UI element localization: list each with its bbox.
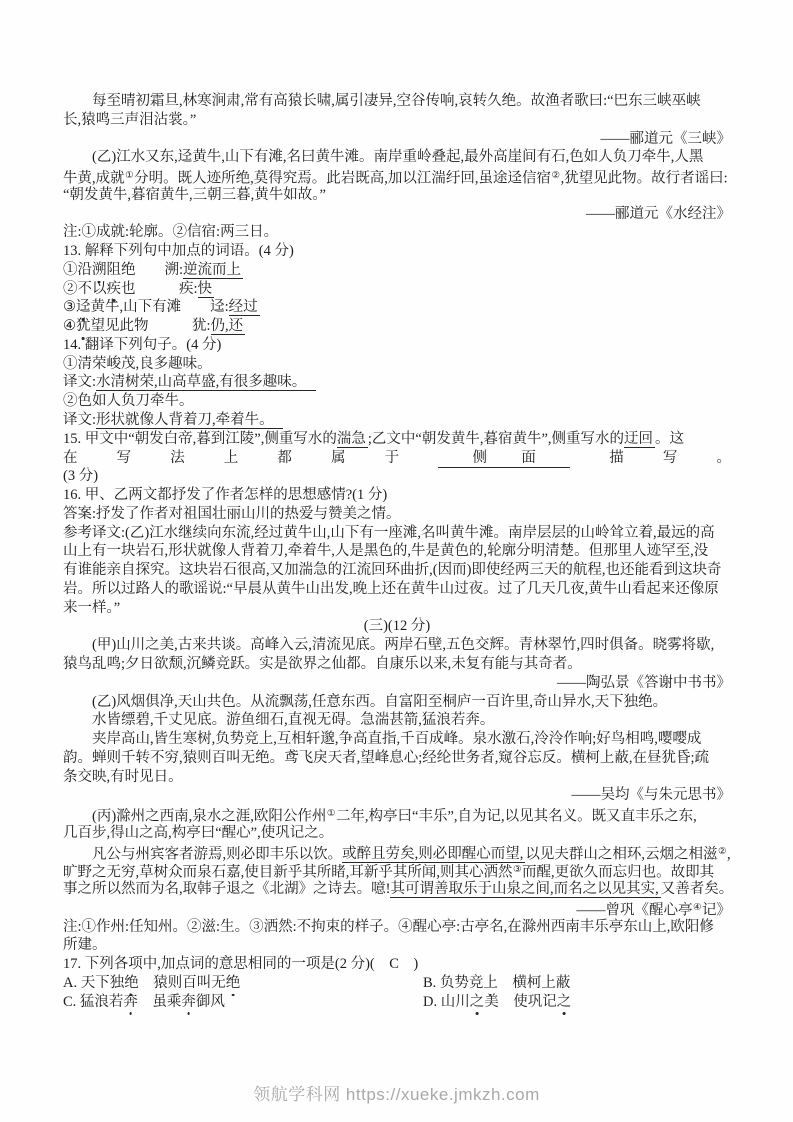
dotted-char: 上 (541, 974, 556, 993)
passage-shuijingzhu-line-1: (乙)江水又东,迳黄牛,山下有滩,名曰黄牛滩。南岸重岭叠起,最外高崖间有石,色如… (63, 148, 731, 167)
text-segment: 长,猿鸣三声泪沾裳。” (63, 112, 196, 128)
q17-options-ab: A. 天下独绝 猿则百叫无绝B. 负势竞上 横柯上蔽 (63, 974, 731, 993)
text-segment: 写 (663, 449, 678, 468)
underlined-text: 经过 (229, 299, 260, 316)
dotted-char: 之 (470, 993, 485, 1012)
text-segment: ——郦道元《水经注》 (586, 206, 731, 222)
text-segment: 几百步,得山之高,构亭曰“醒心”,使巩记之。 (63, 825, 333, 841)
text-segment: 牛黄,成就 (63, 171, 125, 187)
text-segment: ——郦道元《三峡》 (601, 131, 732, 147)
underlined-text: 水清树荣,山高草盛,有很多趣味。 (96, 374, 316, 391)
text-segment: (三)(12 分) (364, 618, 430, 634)
text-segment: ;乙文中“朝发黄牛,暮宿黄牛”,侧重写水的 (368, 431, 624, 447)
question-13-stem: 13. 解释下列句中加点的词语。(4 分) (63, 242, 731, 261)
text-segment: 岩。所以过路人的歌谣说:“早晨从黄牛山出发,晚上还在黄牛山过夜。过了几天几夜,黄… (63, 581, 719, 597)
exam-document-body: 每至晴初霜旦,林寒涧肃,常有高猿长啸,属引凄异,空谷传响,哀转久绝。故渔者歌曰:… (63, 92, 731, 1012)
text-segment: 于 (385, 449, 400, 468)
question-16-stem: 16. 甲、乙两文都抒发了作者怎样的思想感情?(1 分) (63, 486, 731, 505)
q13-item-4: ④犹望见此物 犹:仍,还 (63, 317, 731, 336)
dotted-char: 之 (557, 993, 572, 1012)
q14-sentence-2: ②色如人负刀牵牛。 (63, 392, 731, 411)
dotted-char: 疾 (107, 280, 122, 299)
passage-bing-line-3: 凡公与州宾客者游焉,则必即丰乐以饮。或醉且劳矣,则必即醒心而望,以见夫群山之相环… (63, 843, 731, 862)
notes-shuijingzhu: 注:①成就:轮廓。②信宿:两三日。 (63, 223, 731, 242)
text-segment: 虽乘 (138, 994, 182, 1010)
text-segment: 参考译文:(乙)江水继续向东流,经过黄牛山,山下有一座滩,名叫黄牛滩。南岸层层的… (63, 525, 715, 541)
note-superscript: ① (327, 809, 336, 819)
passage-sanxia-line-2: 长,猿鸣三声泪沾裳。” (63, 111, 731, 130)
question-15-score: (3 分) (63, 467, 731, 486)
question-14-stem: 14. 翻译下列句子。(4 分) (63, 336, 731, 355)
question-15-line-1: 15. 甲文中“朝发白帝,暮到江陵”,侧重写水的湍急;乙文中“朝发黄牛,暮宿黄牛… (63, 430, 731, 449)
text-segment: ,犹望见此物。故行者谣曰: (561, 171, 728, 187)
text-segment: 16. 甲、乙两文都抒发了作者怎样的思想感情?(1 分) (63, 487, 387, 503)
passage-jia-line-1: (甲)山川之美,古来共谈。高峰入云,清流见底。两岸石壁,五色交辉。青林翠竹,四时… (63, 636, 731, 655)
text-segment: 而醒,更欲久而忘归也。故即其 (522, 865, 714, 881)
passage-jia-line-2: 猿鸟乱鸣;夕日欲颓,沉鳞竞跃。实是欲界之仙都。自康乐以来,未复有能与其奇者。 (63, 655, 731, 674)
question-17-stem: 17. 下列各项中,加点词的意思相同的一项是(2 分)( C ) (63, 955, 731, 974)
notes-xingxinting-line-1: 注:①作州:任知州。②滋:生。③洒然:不拘束的样子。④醒心亭:古亭名,在滁州西南… (63, 918, 731, 937)
text-segment: 横柯 (498, 975, 542, 991)
attribution-wujun: ——吴均《与朱元思书》 (63, 786, 731, 805)
text-segment: 韵。蝉则千转不穷,猿则百叫无绝。鸢飞戾天者,望峰息心;经纶世务者,窥谷忘反。横柯… (63, 750, 709, 766)
attribution-zenggong: ——曾巩《醒心亭④记》 (63, 899, 731, 918)
text-segment: 水皆缥碧,千丈见底。游鱼细石,直视无碍。急湍甚箭,猛浪若奔。 (92, 712, 494, 728)
text-segment: 每至晴初霜旦,林寒涧肃,常有高猿长啸,属引凄异,空谷传响,哀转久绝。故渔者歌曰:… (92, 93, 701, 109)
text-segment: ④ (63, 318, 76, 334)
q17-options-cd-left: C. 猛浪若奔 虽乘奔御风 (63, 993, 423, 1012)
text-segment: 有谁能亲自探究。这块岩石很高,又加湍急的江流回环曲折,(因而)即使经两三天的航程… (63, 562, 722, 578)
text-segment: C. 猛浪若 (63, 994, 123, 1010)
text-segment: 14. 翻译下列句子。(4 分) (63, 337, 221, 353)
passage-yi-line-3: 夹岸高山,皆生寒树,负势竞上,互相轩邈,争高直指,千百成峰。泉水激石,泠泠作响;… (63, 730, 731, 749)
underlined-text: 其可谓善取乐于山泉之间,而名之以见其实, (390, 881, 660, 898)
reference-translation-line-3: 有谁能亲自探究。这块岩石很高,又加湍急的江流回环曲折,(因而)即使经两三天的航程… (63, 561, 731, 580)
passage-shuijingzhu-line-2: 牛黄,成就①分明。既人迹所绝,莫得究焉。此岩既高,加以江湍纡回,虽途迳信宿②,犹… (63, 167, 731, 186)
q14-answer-1: 译文:水清树荣,山高草盛,有很多趣味。 (63, 373, 731, 392)
dotted-char: 迳 (76, 298, 91, 317)
underlined-text: 迂回 (624, 431, 655, 448)
text-segment: ①沿 (63, 262, 92, 278)
text-segment: B. 负势竞 (423, 975, 483, 991)
passage-yi-line-2: 水皆缥碧,千丈见底。游鱼细石,直视无碍。急湍甚箭,猛浪若奔。 (63, 711, 731, 730)
text-segment: 猿则百叫无 (139, 975, 226, 991)
text-segment: 所建。 (63, 937, 107, 953)
dotted-char: 奔 (181, 993, 196, 1012)
text-segment: 夹岸高山,皆生寒树,负势竞上,互相轩邈,争高直指,千百成峰。泉水激石,泠泠作响;… (92, 731, 701, 747)
dotted-char: 绝 (124, 974, 139, 993)
text-segment: 法 (170, 449, 185, 468)
text-segment: , (727, 846, 731, 862)
text-segment: “朝发黄牛,暮宿黄牛,三朝三暮,黄牛如故。” (63, 187, 326, 203)
text-segment: (乙)风烟俱净,天山共色。从流飘荡,任意东西。自富阳至桐庐一百许里,奇山异水,天… (92, 694, 667, 710)
text-segment: A. 天下独 (63, 975, 124, 991)
note-superscript: ② (552, 171, 561, 181)
dotted-char: 奔 (123, 993, 138, 1012)
underlined-text: 逆流而上 (183, 262, 243, 279)
note-superscript: ④ (693, 903, 702, 913)
text-segment: 来一样。” (63, 600, 120, 616)
q17-options-cd-right: D. 山川之美 使巩记之 (423, 993, 731, 1012)
watermark-footer: 领航学科网 https://xueke.jmkzh.com (0, 1080, 793, 1105)
attribution-sanxia: ——郦道元《三峡》 (63, 130, 731, 149)
text-segment: 以见夫群山之相环,云烟之相滋 (525, 846, 717, 862)
reference-translation-line-2: 山上有一块岩石,形状就像人背着刀,牵着牛,人是黑色的,牛是黄色的,轮廓分明清楚。… (63, 542, 731, 561)
note-superscript: ① (125, 171, 134, 181)
text-segment: 美 使巩记 (484, 994, 557, 1010)
text-segment: 17. 下列各项中,加点词的意思相同的一项是(2 分)( C ) (63, 956, 418, 972)
text-segment: 15. 甲文中“朝发白帝,暮到江陵”,侧重写水的 (63, 431, 337, 447)
dotted-char: 上 (483, 974, 498, 993)
reference-translation-line-5: 来一样。” (63, 599, 731, 618)
dotted-char: 溯 (92, 261, 107, 280)
text-segment: ——陶弘景《答谢中书书》 (557, 675, 731, 691)
text-segment: (乙)江水又东,迳黄牛,山下有滩,名曰黄牛滩。南岸重岭叠起,最外高崖间有石,色如… (92, 149, 703, 165)
text-segment: ①清荣峻茂,良多趣味。 (63, 356, 212, 372)
text-segment: ②色如人负刀牵牛。 (63, 393, 194, 409)
text-segment: 蔽 (556, 975, 571, 991)
passage-bing-line-1: (丙)滁州之西南,泉水之涯,欧阳公作州①二年,构亭曰“丰乐”,自为记,以见其名义… (63, 805, 731, 824)
underlined-text: 湍急 (337, 431, 368, 448)
attribution-shuijingzhu: ——郦道元《水经注》 (63, 205, 731, 224)
text-segment: 。 (716, 449, 731, 468)
q14-answer-2: 译文:形状就像人背着刀,牵着牛。 (63, 411, 731, 430)
text-segment: 注:①作州:任知州。②滋:生。③洒然:不拘束的样子。④醒心亭:古亭名,在滁州西南… (63, 919, 714, 935)
text-segment: 写 (117, 449, 132, 468)
section-3-heading: (三)(12 分) (63, 617, 731, 636)
note-superscript: ③ (513, 865, 522, 875)
text-segment: 旷野之无穷,草树众而泉石嘉,使目新乎其所睹,耳新乎其所闻,则其心洒然 (63, 865, 513, 881)
q14-sentence-1: ①清荣峻茂,良多趣味。 (63, 355, 731, 374)
passage-bing-line-2: 几百步,得山之高,构亭曰“醒心”,使巩记之。 (63, 824, 731, 843)
question-15-line-2-justified: 在写法上都属于侧面描写。 (63, 449, 731, 468)
text-segment: 答案:抒发了作者对祖国壮丽山川的热爱与赞美之情。 (63, 506, 401, 522)
text-segment: 属 (331, 449, 346, 468)
reference-translation-line-4: 岩。所以过路人的歌谣说:“早晨从黄牛山出发,晚上还在黄牛山过夜。过了几天几夜,黄… (63, 580, 731, 599)
q17-options-ab-left: A. 天下独绝 猿则百叫无绝 (63, 974, 423, 993)
text-segment: 记》 (702, 902, 731, 918)
attribution-taohongjing: ——陶弘景《答谢中书书》 (63, 674, 731, 693)
text-segment: (甲)山川之美,古来共谈。高峰入云,清流见底。两岸石壁,五色交辉。青林翠竹,四时… (92, 637, 714, 653)
text-segment: 描 (609, 449, 624, 468)
text-segment: 分明。既人迹所绝,莫得究焉。此岩既高,加以江湍纡回,虽途迳信宿 (134, 171, 551, 187)
passage-bing-line-5: 事之所以然而为名,取韩子退之《北湖》之诗去。噫!其可谓善取乐于山泉之间,而名之以… (63, 880, 731, 899)
text-segment: 注:①成就:轮廓。②信宿:两三日。 (63, 224, 278, 240)
text-segment: ——吴均《与朱元思书》 (572, 787, 732, 803)
text-segment: 猿鸟乱鸣;夕日欲颓,沉鳞竞跃。实是欲界之仙都。自康乐以来,未复有能与其奇者。 (63, 656, 582, 672)
text-segment: 条交映,有时见日。 (63, 769, 183, 785)
text-segment: 阻绝 溯: (107, 262, 184, 278)
note-superscript: ② (718, 847, 727, 857)
q13-item-1: ①沿溯阻绝 溯:逆流而上 (63, 261, 731, 280)
q13-item-3: ③迳黄牛,山下有滩 迳:经过 (63, 298, 731, 317)
reference-translation-line-1: 参考译文:(乙)江水继续向东流,经过黄牛山,山下有一座滩,名叫黄牛滩。南岸层层的… (63, 524, 731, 543)
text-segment: 事之所以然而为名,取韩子退之《北湖》之诗去。噫! (63, 881, 390, 897)
q17-options-ab-right: B. 负势竞上 横柯上蔽 (423, 974, 731, 993)
blank-answer-char: 侧 (472, 449, 487, 468)
text-segment: 13. 解释下列句中加点的词语。(4 分) (63, 243, 294, 259)
text-segment: ——曾巩《醒心亭 (576, 902, 692, 918)
text-segment: (3 分) (63, 468, 98, 484)
passage-yi-line-5: 条交映,有时见日。 (63, 768, 731, 787)
passage-yi-line-1: (乙)风烟俱净,天山共色。从流飘荡,任意东西。自富阳至桐庐一百许里,奇山异水,天… (63, 693, 731, 712)
text-segment: 凡公与州宾客者游焉,则必即丰乐以饮。 (92, 846, 342, 862)
text-segment: 二年,构亭曰“丰乐”,自为记,以见其名义。既又直丰乐之东, (336, 809, 697, 825)
text-segment: (丙)滁州之西南,泉水之涯,欧阳公作州 (92, 809, 326, 825)
text-segment: 上 (224, 449, 239, 468)
answer-blank-underline: 侧面 (438, 449, 570, 469)
text-segment: 译文: (63, 374, 96, 390)
text-segment: 望见此物 犹: (91, 318, 211, 334)
dotted-char: 绝 (226, 974, 241, 993)
exam-page: 每至晴初霜旦,林寒涧肃,常有高猿长啸,属引凄异,空谷传响,哀转久绝。故渔者歌曰:… (0, 0, 793, 1122)
passage-bing-line-4: 旷野之无穷,草树众而泉石嘉,使目新乎其所睹,耳新乎其所闻,则其心洒然③而醒,更欲… (63, 861, 731, 880)
text-segment: 译文: (63, 412, 96, 428)
underlined-text: 仍,还 (211, 318, 246, 335)
text-segment: 在 (63, 449, 78, 468)
text-segment: ③ (63, 299, 76, 315)
text-segment: 都 (277, 449, 292, 468)
text-segment: 山上有一块岩石,形状就像人背着刀,牵着牛,人是黑色的,牛是黄色的,轮廓分明清楚。… (63, 543, 708, 559)
text-segment: 也 疾: (121, 281, 198, 297)
underlined-text: 快 (198, 281, 215, 298)
q17-options-cd: C. 猛浪若奔 虽乘奔御风D. 山川之美 使巩记之 (63, 993, 731, 1012)
passage-yi-line-4: 韵。蝉则千转不穷,猿则百叫无绝。鸢飞戾天者,望峰息心;经纶世务者,窥谷忘反。横柯… (63, 749, 731, 768)
dotted-char: 犹 (76, 317, 91, 336)
passage-shuijingzhu-line-3: “朝发黄牛,暮宿黄牛,三朝三暮,黄牛如故。” (63, 186, 731, 205)
passage-sanxia-line-1: 每至晴初霜旦,林寒涧肃,常有高猿长啸,属引凄异,空谷传响,哀转久绝。故渔者歌曰:… (63, 92, 731, 111)
underlined-text: 形状就像人背着刀,牵着牛。 (96, 412, 283, 429)
text-segment: D. 山川 (423, 994, 470, 1010)
text-segment: ②不以 (63, 281, 107, 297)
notes-xingxinting-line-2: 所建。 (63, 936, 731, 955)
q13-item-2: ②不以疾也 疾:快 (63, 280, 731, 299)
text-segment: 又善者矣。 (661, 881, 734, 897)
text-segment: 黄牛,山下有滩 迳: (91, 299, 229, 315)
text-segment: 御风 (196, 994, 225, 1010)
blank-answer-char: 面 (521, 449, 536, 468)
text-segment: 。这 (655, 431, 684, 447)
question-16-answer: 答案:抒发了作者对祖国壮丽山川的热爱与赞美之情。 (63, 505, 731, 524)
